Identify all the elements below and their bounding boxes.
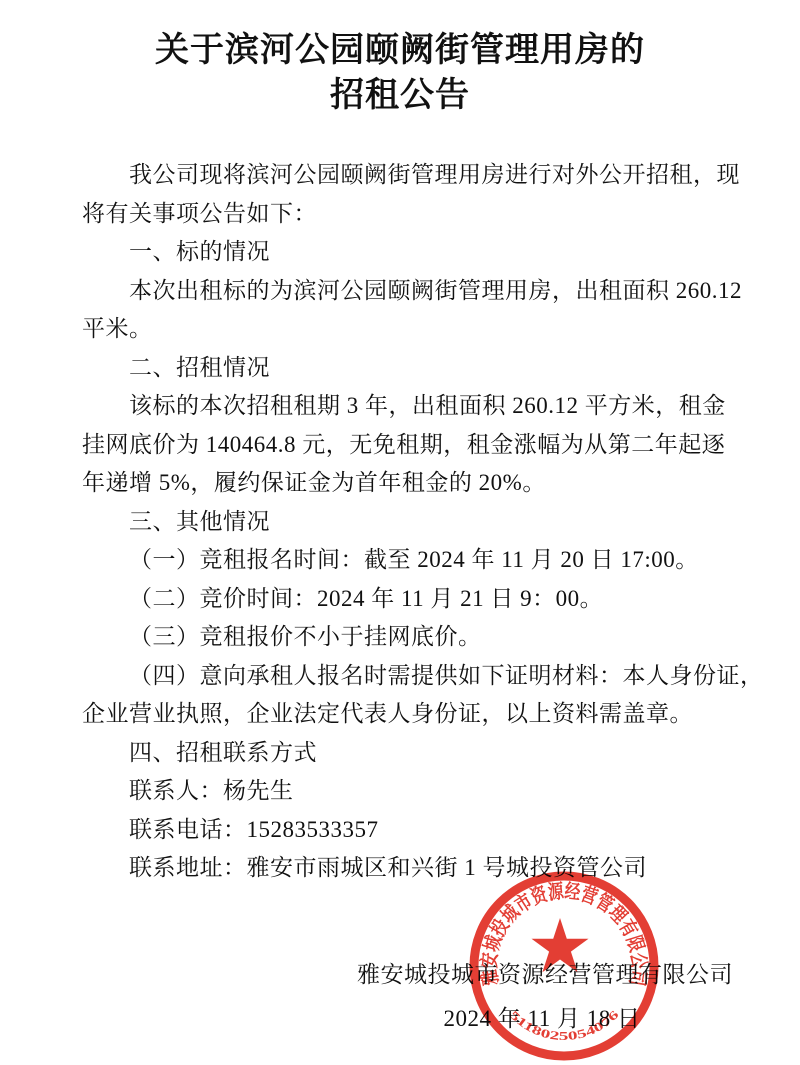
body-line: （三）竞租报价不小于挂网底价。 (82, 618, 722, 657)
body-line: （一）竞租报名时间：截至 2024 年 11 月 20 日 17:00。 (82, 541, 722, 580)
document-title: 关于滨河公园颐阙街管理用房的 招租公告 (0, 0, 800, 118)
document-page: 关于滨河公园颐阙街管理用房的 招租公告 我公司现将滨河公园颐阙街管理用房进行对外… (0, 0, 800, 1065)
body-line: 该标的本次招租租期 3 年，出租面积 260.12 平方米，租金 (82, 387, 722, 426)
signature-date: 2024 年 11 月 18 日 (357, 1002, 727, 1036)
body-line: 我公司现将滨河公园颐阙街管理用房进行对外公开招租，现 (82, 156, 722, 195)
body-line: 将有关事项公告如下： (82, 195, 722, 234)
body-line: 平米。 (82, 310, 722, 349)
body-line: （四）意向承租人报名时需提供如下证明材料：本人身份证， (82, 657, 722, 696)
title-line-1: 关于滨河公园颐阙街管理用房的 (0, 28, 800, 73)
document-body: 我公司现将滨河公园颐阙街管理用房进行对外公开招租，现将有关事项公告如下：一、标的… (82, 156, 722, 888)
body-line: 一、标的情况 (82, 233, 722, 272)
signature-company: 雅安城投城市资源经营管理有限公司 (357, 956, 727, 994)
body-line: 联系电话：15283533357 (82, 811, 722, 850)
body-line: 联系人：杨先生 (82, 772, 722, 811)
body-line: 三、其他情况 (82, 503, 722, 542)
body-line: （二）竞价时间：2024 年 11 月 21 日 9：00。 (82, 580, 722, 619)
body-line: 企业营业执照，企业法定代表人身份证，以上资料需盖章。 (82, 695, 722, 734)
body-line: 联系地址：雅安市雨城区和兴街 1 号城投资管公司 (82, 849, 722, 888)
body-line: 二、招租情况 (82, 349, 722, 388)
signature-block: 雅安城投城市资源经营管理有限公司 2024 年 11 月 18 日 (357, 956, 727, 1036)
body-line: 本次出租标的为滨河公园颐阙街管理用房，出租面积 260.12 (82, 272, 722, 311)
body-line: 年递增 5%，履约保证金为首年租金的 20%。 (82, 464, 722, 503)
title-line-2: 招租公告 (0, 73, 800, 118)
body-line: 挂网底价为 140464.8 元，无免租期，租金涨幅为从第二年起逐 (82, 426, 722, 465)
body-line: 四、招租联系方式 (82, 734, 722, 773)
